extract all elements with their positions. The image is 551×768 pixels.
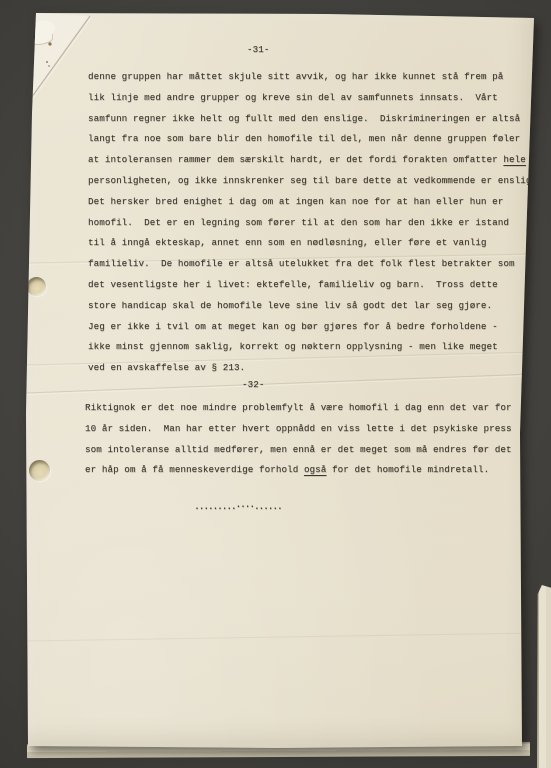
text-line: denne gruppen har måttet skjule sitt avv… xyxy=(88,67,537,88)
stain-speck xyxy=(48,42,51,45)
end-of-text-dots: .........····...... xyxy=(194,502,281,513)
text-line: Det hersker bred enighet i dag om at ing… xyxy=(88,192,537,213)
paper-sheet: -31- denne gruppen har måttet skjule sit… xyxy=(26,13,534,748)
text-line: familieliv. De homofile er altså utelukk… xyxy=(88,254,537,275)
text-line: som intoleranse alltid medfører, men enn… xyxy=(85,440,512,461)
paragraph-section-31: denne gruppen har måttet skjule sitt avv… xyxy=(88,67,537,379)
text-line: store handicap skal de homofile leve sin… xyxy=(88,296,537,317)
text-line: ikke minst gjennom saklig, korrekt og nø… xyxy=(88,337,537,358)
punch-hole-bottom xyxy=(29,460,50,481)
text-line: Riktignok er det noe mindre problemfylt … xyxy=(85,398,512,419)
text-line: ved en avskaffelse av § 213. xyxy=(88,358,537,379)
text-line: er håp om å få menneskeverdige forhold o… xyxy=(85,460,512,481)
text-line: det vesentligste her i livet: ektefelle,… xyxy=(88,275,537,296)
text-line: personligheten, og ikke innskrenker seg … xyxy=(88,171,537,192)
text-line: langt fra noe som bare blir den homofile… xyxy=(88,129,537,150)
punch-hole-top xyxy=(27,277,46,296)
text-line: til å inngå ekteskap, annet enn som en n… xyxy=(88,233,537,254)
text-line: at intoleransen rammer dem særskilt hard… xyxy=(88,150,537,171)
text-line: samfunn regner ikke helt og fullt med de… xyxy=(88,109,537,130)
page-number-31: -31- xyxy=(247,44,269,55)
text-line: 10 år siden. Man har etter hvert oppnådd… xyxy=(85,419,512,440)
paragraph-section-32: Riktignok er det noe mindre problemfylt … xyxy=(85,398,512,481)
scan-backdrop: -31- denne gruppen har måttet skjule sit… xyxy=(0,0,551,768)
document-page: -31- denne gruppen har måttet skjule sit… xyxy=(0,0,551,768)
crease-line xyxy=(26,633,534,641)
page-number-32: -32- xyxy=(242,379,264,390)
text-line: lik linje med andre grupper og kreve sin… xyxy=(88,88,537,109)
text-line: homofil. Det er en legning som fører til… xyxy=(88,213,537,234)
text-line: Jeg er ikke i tvil om at meget kan og bø… xyxy=(88,317,537,338)
